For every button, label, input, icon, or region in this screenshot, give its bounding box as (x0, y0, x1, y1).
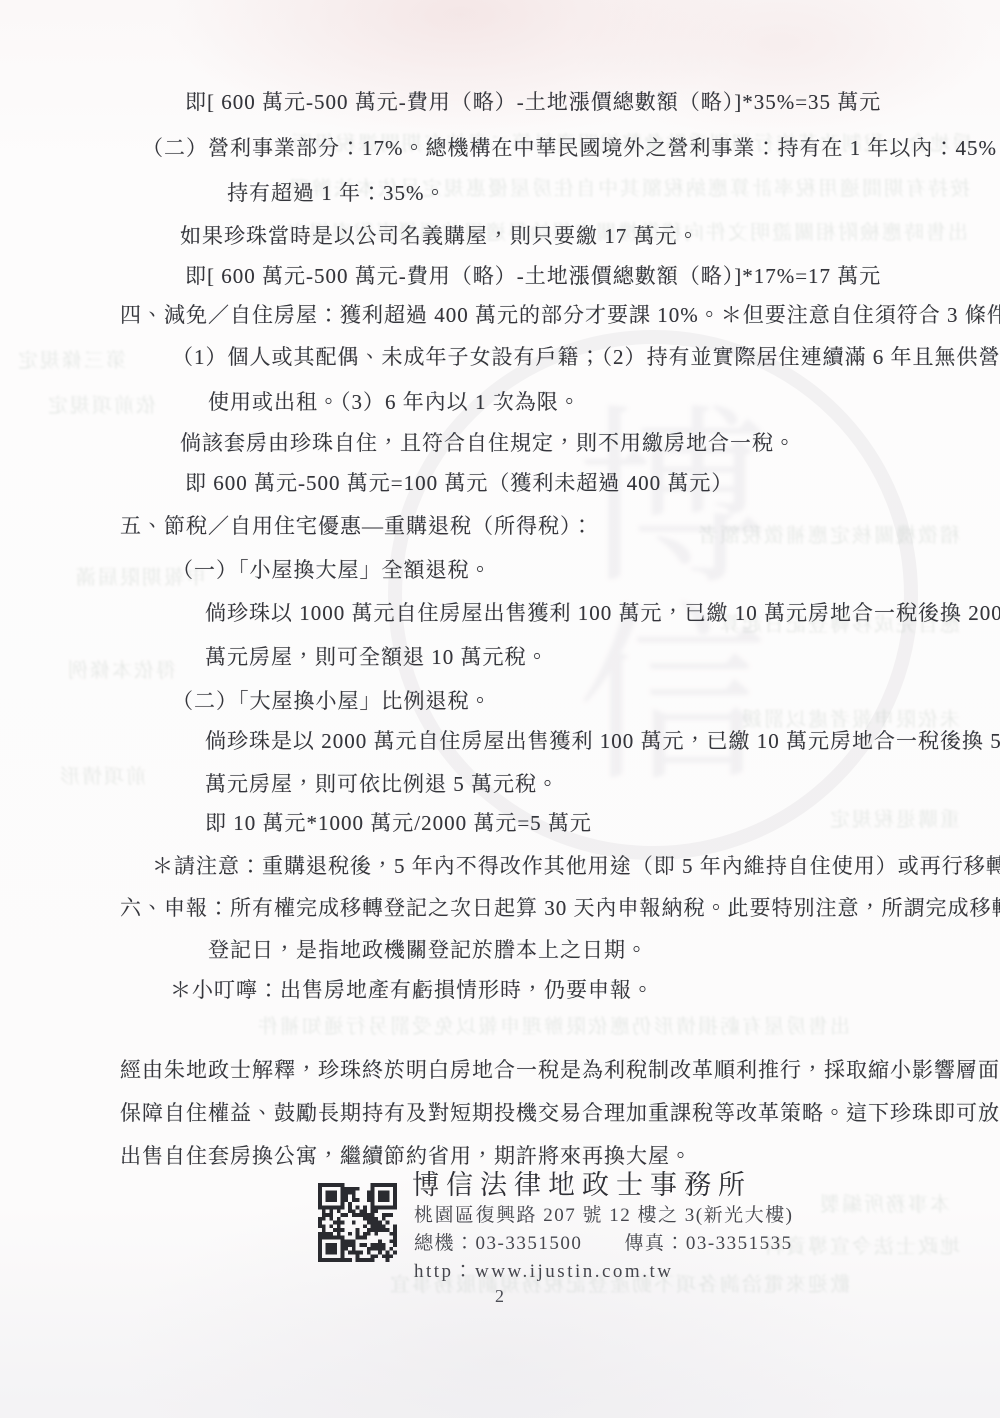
text-line: 即 600 萬元-500 萬元=100 萬元（獲利未超過 400 萬元） (185, 467, 733, 497)
bleed-line: 按持有期間適用稅率計算應納稅額其中自住房屋優惠規定另依本法辦理 (20, 172, 970, 201)
text-line: （二）「大屋換小屋」比例退稅。 (172, 685, 492, 715)
text-line: 即 10 萬元*1000 萬元/2000 萬元=5 萬元 (205, 807, 592, 837)
text-line: 持有超過 1 年：35%。 (227, 177, 447, 207)
text-line: 如果珍珠當時是以公司名義購屋，則只要繳 17 萬元。 (180, 220, 700, 250)
firm-name: 博信法律地政士事務所 (412, 1163, 752, 1202)
text-line: 經由朱地政士解釋，珍珠終於明白房地合一稅是為利稅制改革順利推行，採取縮小影響層面… (120, 1054, 1000, 1084)
text-line: 萬元房屋，則可依比例退 5 萬元稅。 (205, 768, 559, 798)
bleed-line: 得依本條例 (26, 654, 176, 683)
text-line: 倘珍珠以 1000 萬元自住房屋出售獲利 100 萬元，已繳 10 萬元房地合一… (205, 597, 1000, 627)
bleed-line: 前項情形 (26, 760, 146, 789)
text-line: 使用或出租。（3）6 年內以 1 次為限。 (208, 386, 581, 416)
firm-contact: 總機：03-3351500傳真：03-3351535 (414, 1228, 793, 1255)
text-line: 保障自住權益、鼓勵長期持有及對短期投機交易合理加重課稅等改革策略。這下珍珠即可放… (120, 1097, 1000, 1127)
text-line: （1）個人或其配偶、未成年子女設有戶籍；（2）持有並實際居住連續滿 6 年且無供… (172, 341, 1000, 371)
scanned-document-page: 博信 房地合一稅制改革施行細則重點彙整說明資料第二章持有期間課稅級距按持有期間適… (0, 0, 1000, 1418)
text-line: （一）「小屋換大屋」全額退稅。 (172, 554, 492, 584)
bleed-line: 稽徵機關核定應補徵稅額者 (600, 519, 960, 548)
text-line: 五、節稅／自用住宅優惠—重購退稅（所得稅）： (120, 510, 594, 540)
bleed-line: 第三條規定 (6, 344, 126, 373)
text-line: 四、減免／自住房屋：獲利超過 400 萬元的部分才要課 10%。＊但要注意自住須… (120, 299, 1000, 329)
text-line: 登記日，是指地政機關登記於謄本上之日期。 (208, 934, 648, 964)
firm-fax: 傳真：03-3351535 (624, 1233, 792, 1254)
bleed-line: 依前項規定 (26, 389, 156, 418)
text-line: 六、申報：所有權完成移轉登記之次日起算 30 天內申報納稅。此要特別注意，所謂完… (120, 892, 1000, 922)
text-line: ＊請注意：重購退稅後，5 年內不得改作其他用途（即 5 年內維持自住使用）或再行… (152, 850, 1000, 880)
text-line: 即[ 600 萬元-500 萬元-費用（略）-土地漲價總數額（略）]*17%=1… (185, 260, 881, 290)
firm-phone: 總機：03-3351500 (414, 1233, 582, 1254)
qr-code (318, 1183, 397, 1262)
text-line: 萬元房屋，則可全額退 10 萬元稅。 (205, 641, 549, 671)
bleed-line: 出售房屋有虧損情形仍應依限辦理申報以免受罰另行通知補件 (130, 1010, 850, 1039)
firm-website: http：www.ijustin.com.tw (414, 1256, 673, 1283)
bleed-line: 重購退稅規定 (720, 803, 960, 832)
page-number: 2 (0, 1286, 1000, 1307)
text-line: ＊小叮嚀：出售房地產有虧損情形時，仍要申報。 (170, 974, 654, 1004)
firm-address: 桃園區復興路 207 號 12 樓之 3(新光大樓) (414, 1200, 793, 1227)
text-line: （二）營利事業部分：17%。總機構在中華民國境外之營利事業：持有在 1 年以內：… (142, 132, 1000, 162)
text-line: 倘該套房由珍珠自住，且符合自住規定，則不用繳房地合一稅。 (180, 427, 796, 457)
text-line: 倘珍珠是以 2000 萬元自住房屋出售獲利 100 萬元，已繳 10 萬元房地合… (205, 725, 1000, 755)
text-line: 即[ 600 萬元-500 萬元-費用（略）-土地漲價總數額（略）]*35%=3… (185, 86, 881, 116)
